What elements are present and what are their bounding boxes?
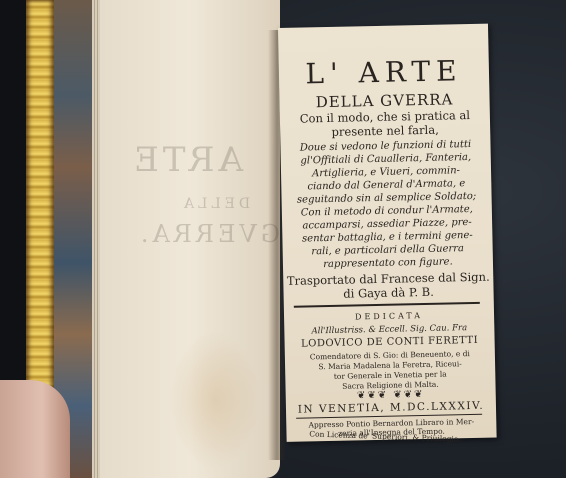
title-page: L' ARTE DELLA GVERRA Con il modo, che si… <box>278 24 497 442</box>
dedication-label: DEDICATA <box>284 310 494 323</box>
bleed-through-text: GVERRA. <box>140 220 280 248</box>
hand-holding-book <box>0 380 70 478</box>
horizontal-rule <box>294 302 480 308</box>
translator-line: di Gaya dà P. B. <box>283 284 493 302</box>
bleed-through-text: DELLA <box>180 196 280 212</box>
foxing-stain <box>170 330 260 470</box>
bleed-through-text: ARTE <box>130 140 280 180</box>
subtitle-line: presente nel farla, <box>280 122 490 140</box>
book-title: L' ARTE <box>279 54 490 91</box>
